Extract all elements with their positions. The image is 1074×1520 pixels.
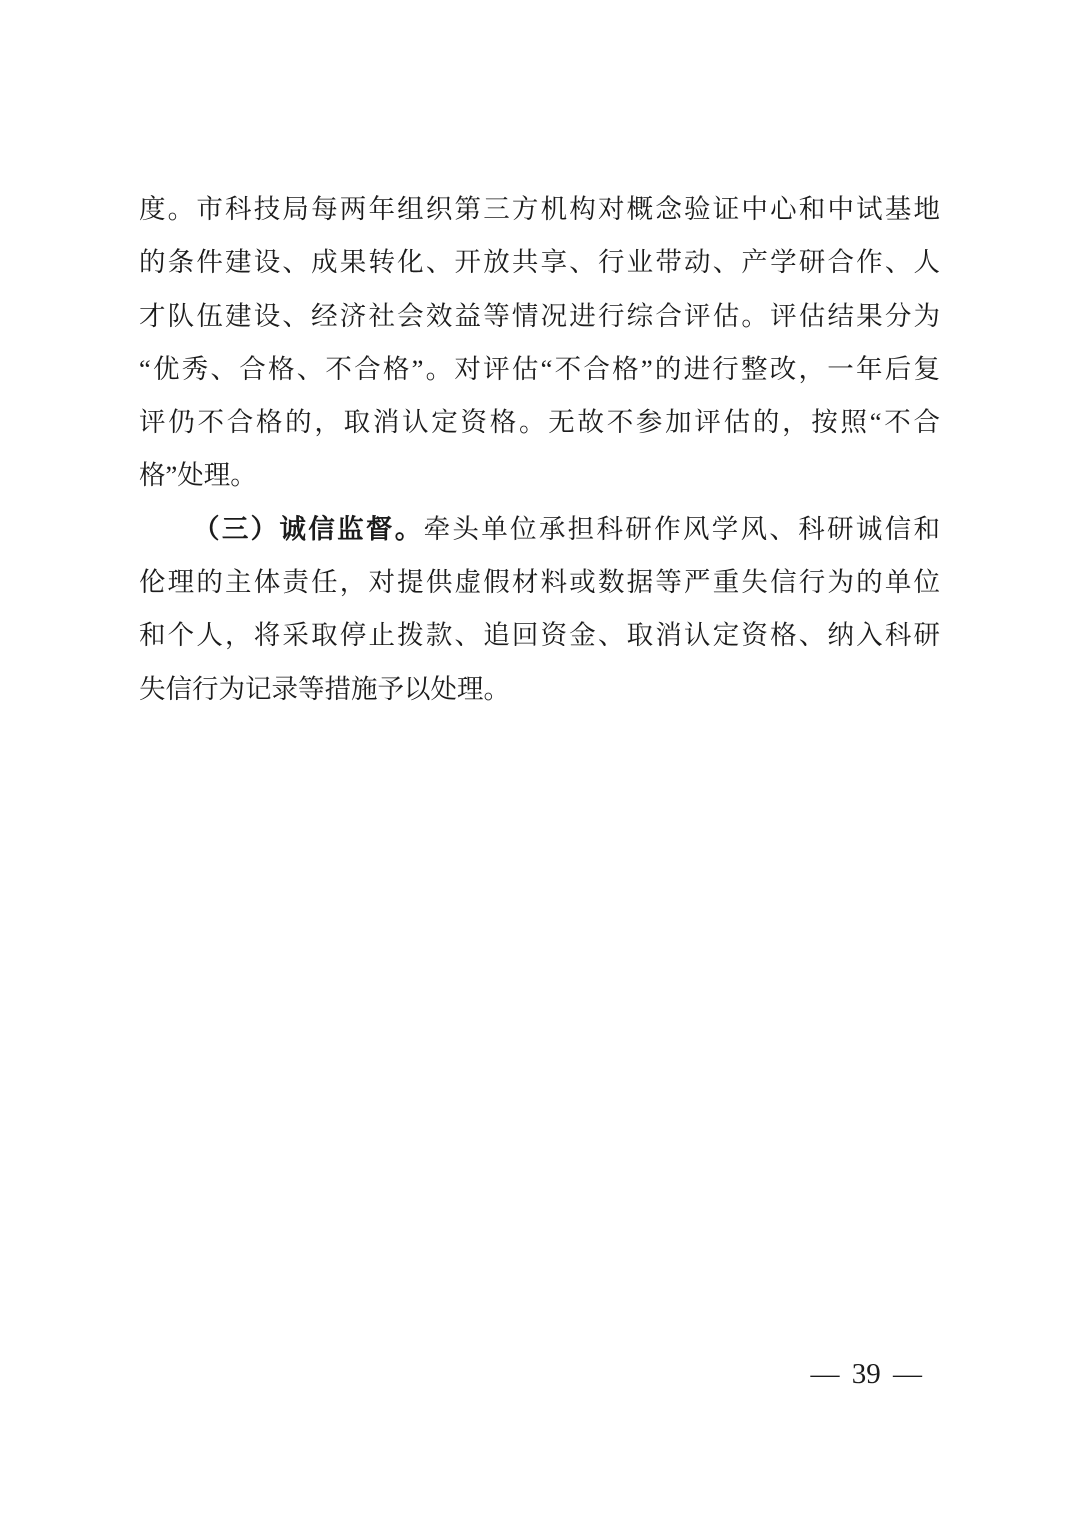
- body-text: 度。市科技局每两年组织第三方机构对概念验证中心和中试基地 的条件建设、成果转化、…: [139, 183, 940, 716]
- page-number: — 39 —: [811, 1356, 923, 1392]
- body-text-line: （三）诚信监督。牵头单位承担科研作风学风、科研诚信和: [139, 503, 940, 556]
- body-text-line: 评仍不合格的，取消认定资格。无故不参加评估的，按照“不合: [139, 396, 940, 449]
- document-page: 度。市科技局每两年组织第三方机构对概念验证中心和中试基地 的条件建设、成果转化、…: [0, 0, 1074, 1520]
- body-text-line: 格”处理。: [139, 449, 940, 502]
- body-text-line: 伦理的主体责任，对提供虚假材料或数据等严重失信行为的单位: [139, 556, 940, 609]
- body-text-line: 度。市科技局每两年组织第三方机构对概念验证中心和中试基地: [139, 183, 940, 236]
- body-text-line: 和个人，将采取停止拨款、追回资金、取消认定资格、纳入科研: [139, 609, 940, 662]
- section-text: 牵头单位承担科研作风学风、科研诚信和: [424, 514, 940, 544]
- body-text-line: 的条件建设、成果转化、开放共享、行业带动、产学研合作、人: [139, 236, 940, 289]
- body-text-line: “优秀、合格、不合格”。对评估“不合格”的进行整改，一年后复: [139, 343, 940, 396]
- body-text-line: 失信行为记录等措施予以处理。: [139, 663, 940, 716]
- section-heading: （三）诚信监督。: [193, 514, 424, 544]
- body-text-line: 才队伍建设、经济社会效益等情况进行综合评估。评估结果分为: [139, 290, 940, 343]
